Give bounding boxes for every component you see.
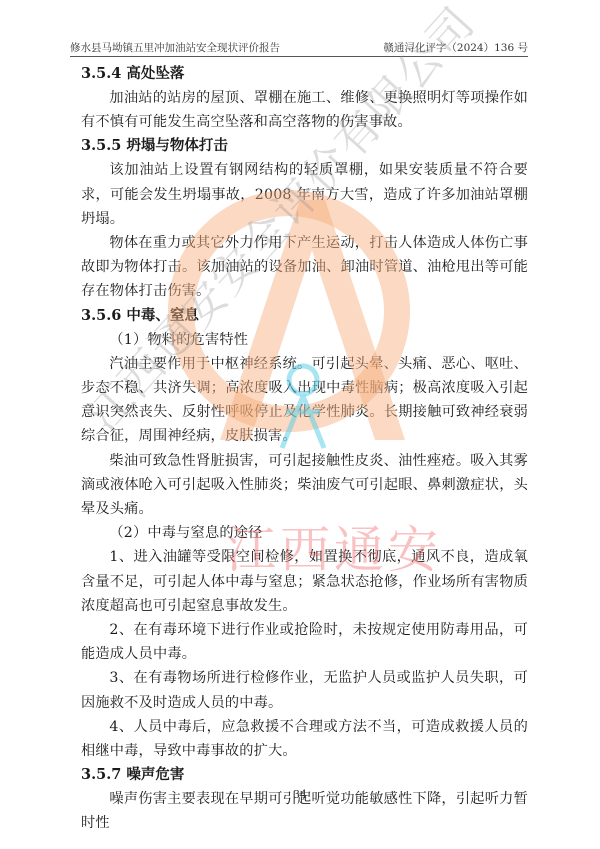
subheading: （1）物料的危害特性 [81,328,528,352]
list-item: 1、进入油罐等受限空间检修，如置换不彻底，通风不良，造成氧含量不足，可引起人体中… [81,545,528,618]
page-number: 34 [0,788,600,801]
paragraph: 汽油主要作用于中枢神经系统。可引起头晕、头痛、恶心、呕吐、步态不稳、共济失调；高… [81,352,528,449]
document-number: 赣通浔化评字（2024）136 号 [383,40,528,55]
paragraph: 加油站的站房的屋顶、罩棚在施工、维修、更换照明灯等项操作如有不慎有可能发生高空坠… [81,86,528,134]
section-heading: 3.5.6 中毒、窒息 [81,304,528,328]
list-item: 4、人员中毒后，应急救援不合理或方法不当，可造成救援人员的相继中毒，导致中毒事故… [81,715,528,763]
paragraph: 柴油可致急性肾脏损害，可引起接触性皮炎、油性痤疮。吸入其雾滴或液体呛入可引起吸入… [81,449,528,522]
paragraph: 物体在重力或其它外力作用下产生运动，打击人体造成人体伤亡事故即为物体打击。该加油… [81,231,528,304]
subheading: （2）中毒与窒息的途径 [81,521,528,545]
page-body: 3.5.4 高处坠落 加油站的站房的屋顶、罩棚在施工、维修、更换照明灯等项操作如… [81,62,528,836]
list-item: 2、在有毒环境下进行作业或抢险时，未按规定使用防毒用品，可能造成人员中毒。 [81,618,528,666]
page-header: 修水县马坳镇五里冲加油站安全现状评价报告 赣通浔化评字（2024）136 号 [70,36,528,57]
document-page: 修水县马坳镇五里冲加油站安全现状评价报告 赣通浔化评字（2024）136 号 3… [0,0,600,849]
section-heading: 3.5.5 坍塌与物体打击 [81,134,528,158]
section-heading: 3.5.7 噪声危害 [81,763,528,787]
report-title: 修水县马坳镇五里冲加油站安全现状评价报告 [70,40,280,55]
section-heading: 3.5.4 高处坠落 [81,62,528,86]
paragraph: 该加油站上设置有钢网结构的轻质罩棚，如果安装质量不符合要求，可能会发生坍塌事故，… [81,158,528,231]
list-item: 3、在有毒物场所进行检修作业，无监护人员或监护人员失职，可因施救不及时造成人员的… [81,666,528,714]
